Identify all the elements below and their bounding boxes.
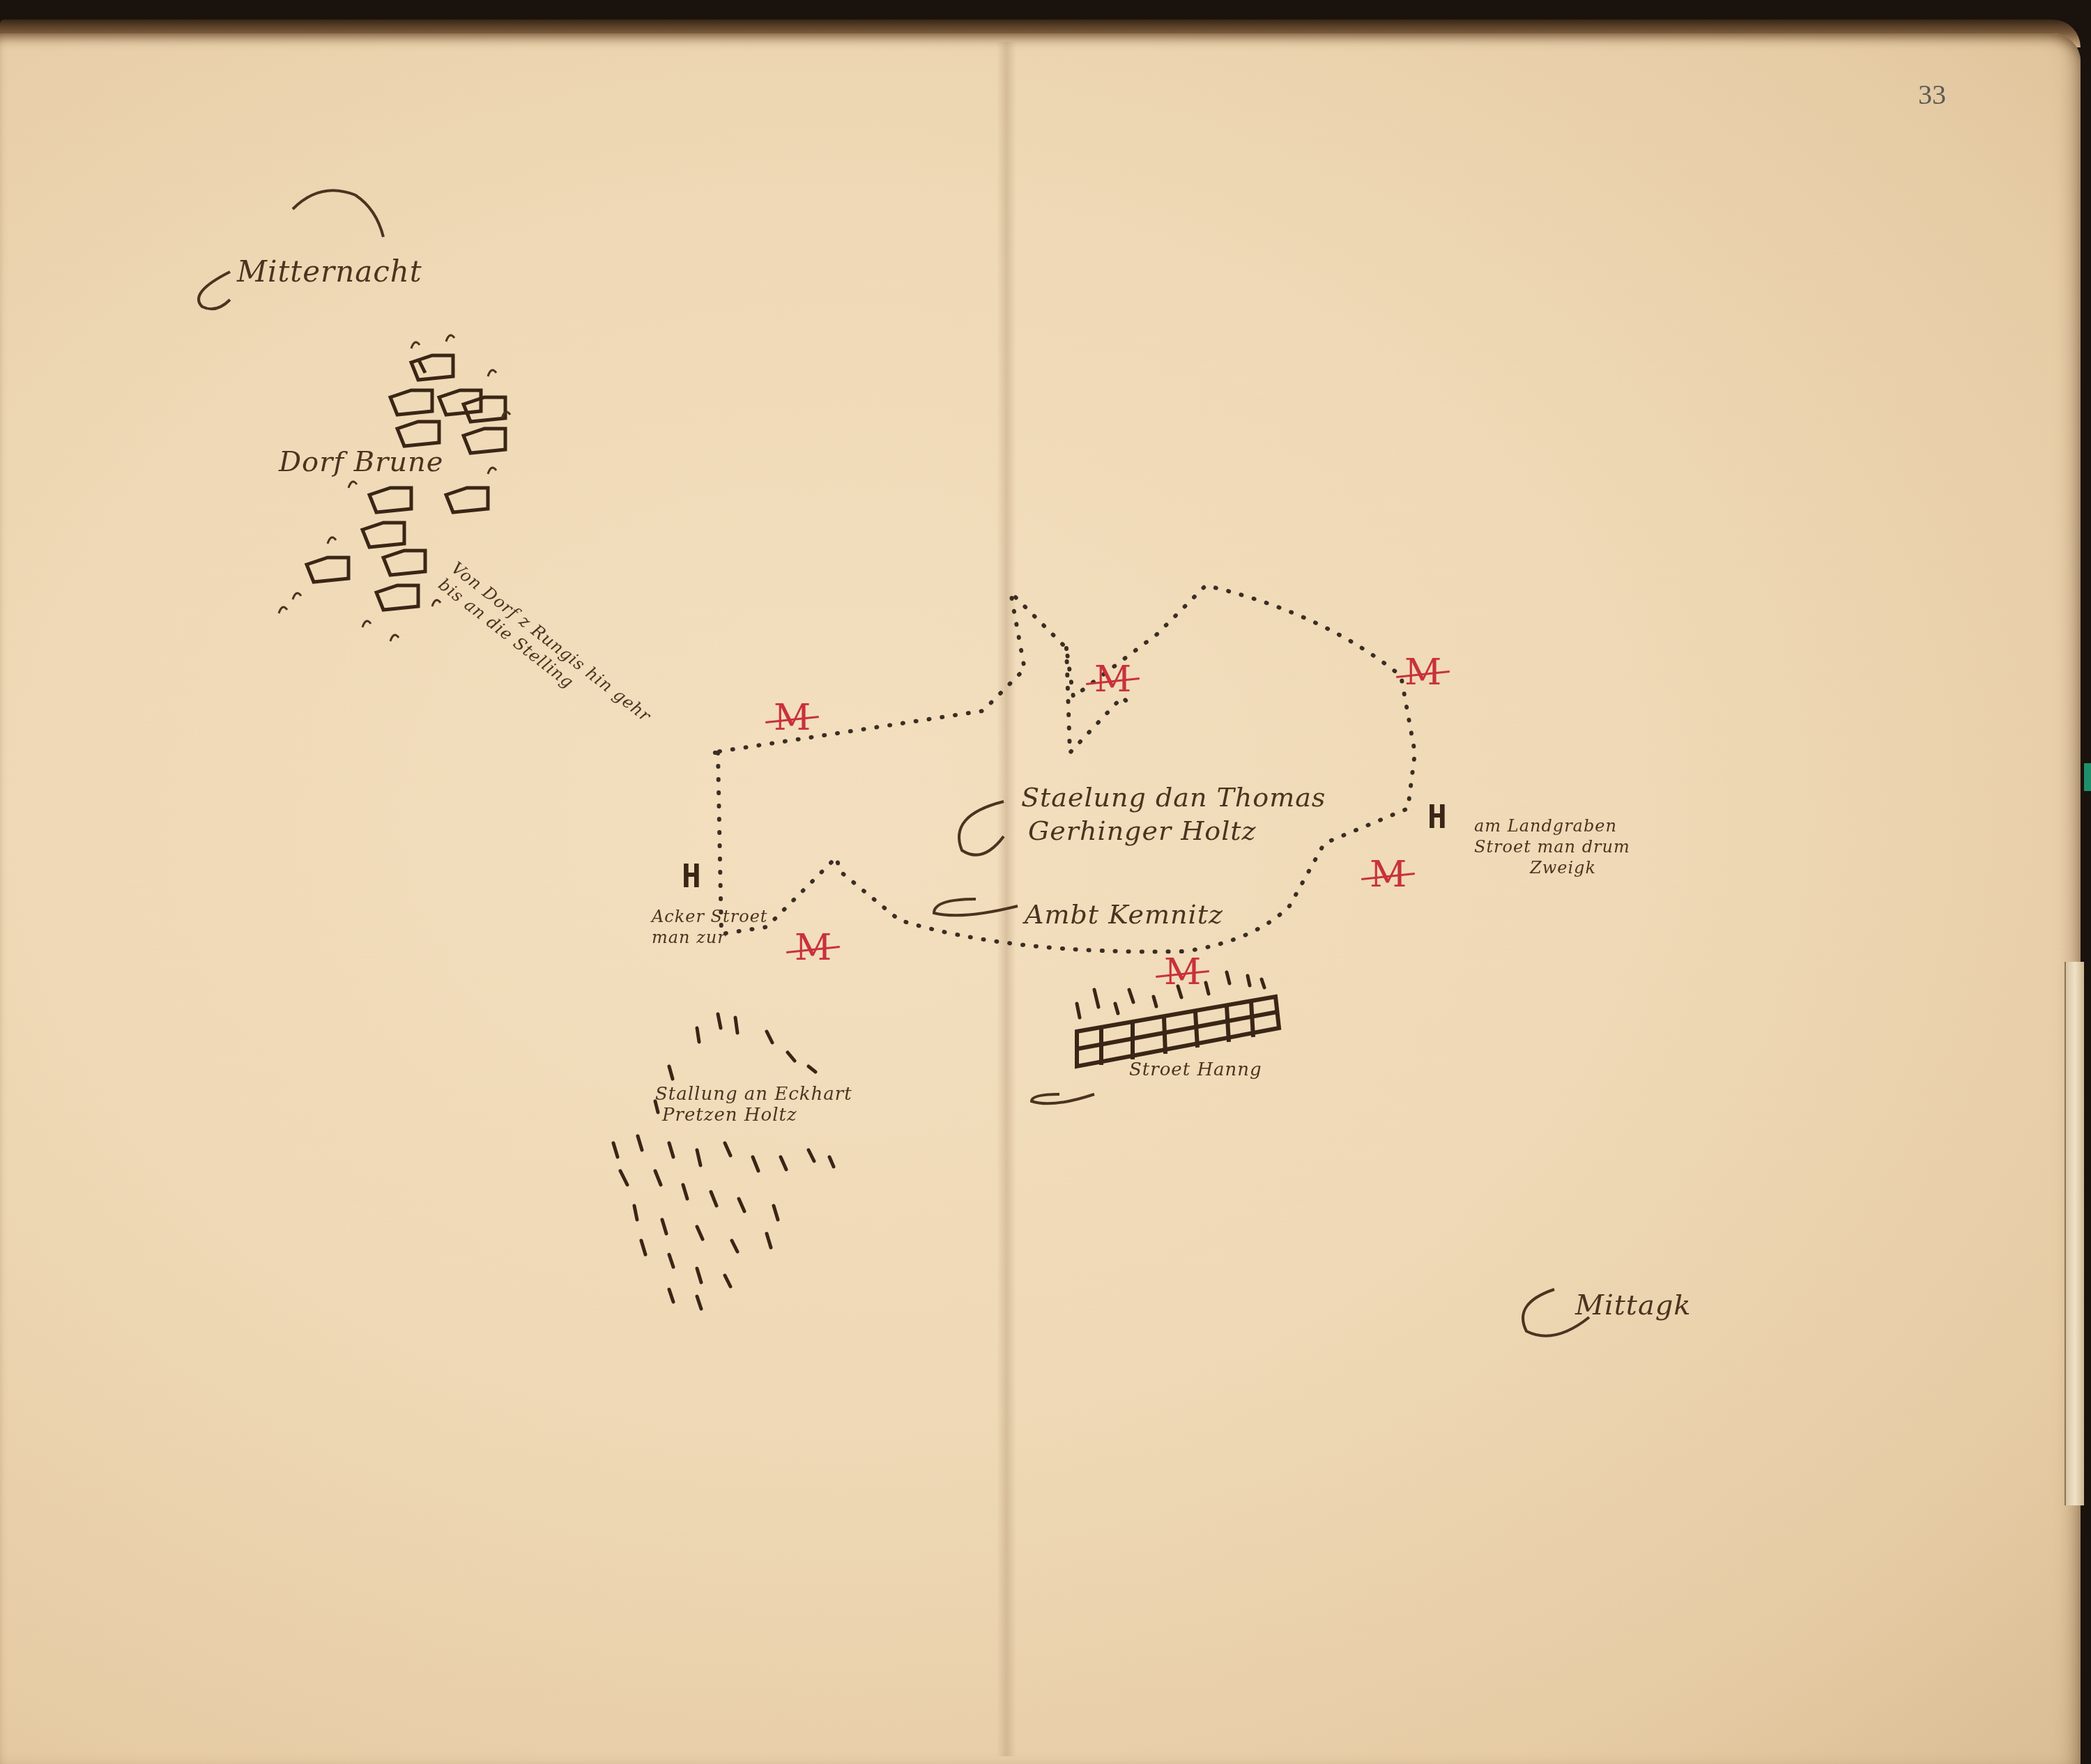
house-icon [397, 422, 439, 446]
house-icon [383, 551, 425, 575]
field-grid [1077, 997, 1279, 1066]
boundary-marker-icon: M [1094, 659, 1131, 700]
flourishes [199, 190, 1589, 1335]
central-area-label: Staelung dan Thomas Gerhinger Holtz [1021, 781, 1326, 848]
house-icon [439, 390, 481, 415]
village-label: Dorf Brune [279, 446, 444, 478]
house-icon [369, 488, 411, 512]
central-area-line-1: Staelung dan Thomas [1021, 781, 1326, 814]
house-icon [464, 397, 505, 422]
dotted-boundary [711, 585, 1415, 951]
house-icon [307, 558, 348, 582]
boundary-marker-icon: M [1370, 854, 1407, 896]
house-icon [390, 390, 432, 415]
gate-icon-left: H [682, 857, 701, 895]
boundary-marker-icon: M [1164, 951, 1201, 993]
left-gate-line-2: man zur [652, 927, 767, 948]
house-icon [464, 429, 505, 453]
right-gate-line-3: Zweigk [1474, 857, 1630, 878]
forest-strokes [613, 1014, 834, 1309]
direction-label-south: Mittagk [1575, 1289, 1692, 1321]
forest-label-line-1: Stallung an Eckhart [655, 1084, 852, 1105]
house-icon [376, 585, 418, 610]
page-number: 33 [1918, 78, 1946, 111]
house-icon [411, 355, 453, 380]
house-icon [446, 488, 488, 512]
left-gate-line-1: Acker Stroet [652, 906, 767, 927]
field-label: Stroet Hanng [1129, 1059, 1262, 1080]
house-icon [362, 523, 404, 547]
left-gate-note: Acker Stroet man zur [652, 906, 767, 948]
right-gate-note: am Landgraben Stroet man drum Zweigk [1474, 815, 1630, 878]
boundary-marker-icon: M [774, 697, 811, 739]
direction-label-north: Mitternacht [237, 254, 422, 289]
central-area-line-2: Gerhinger Holtz [1021, 814, 1326, 848]
gate-icon-right: H [1427, 798, 1447, 836]
district-label: Ambt Kemnitz [1025, 899, 1223, 930]
boundary-marker-icon: M [1404, 652, 1441, 693]
boundary-marker-icon: M [795, 927, 832, 969]
forest-label: Stallung an Eckhart Pretzen Holtz [655, 1084, 852, 1126]
right-gate-line-1: am Landgraben [1474, 815, 1630, 836]
right-gate-line-2: Stroet man drum [1474, 836, 1630, 857]
forest-label-line-2: Pretzen Holtz [655, 1105, 852, 1126]
